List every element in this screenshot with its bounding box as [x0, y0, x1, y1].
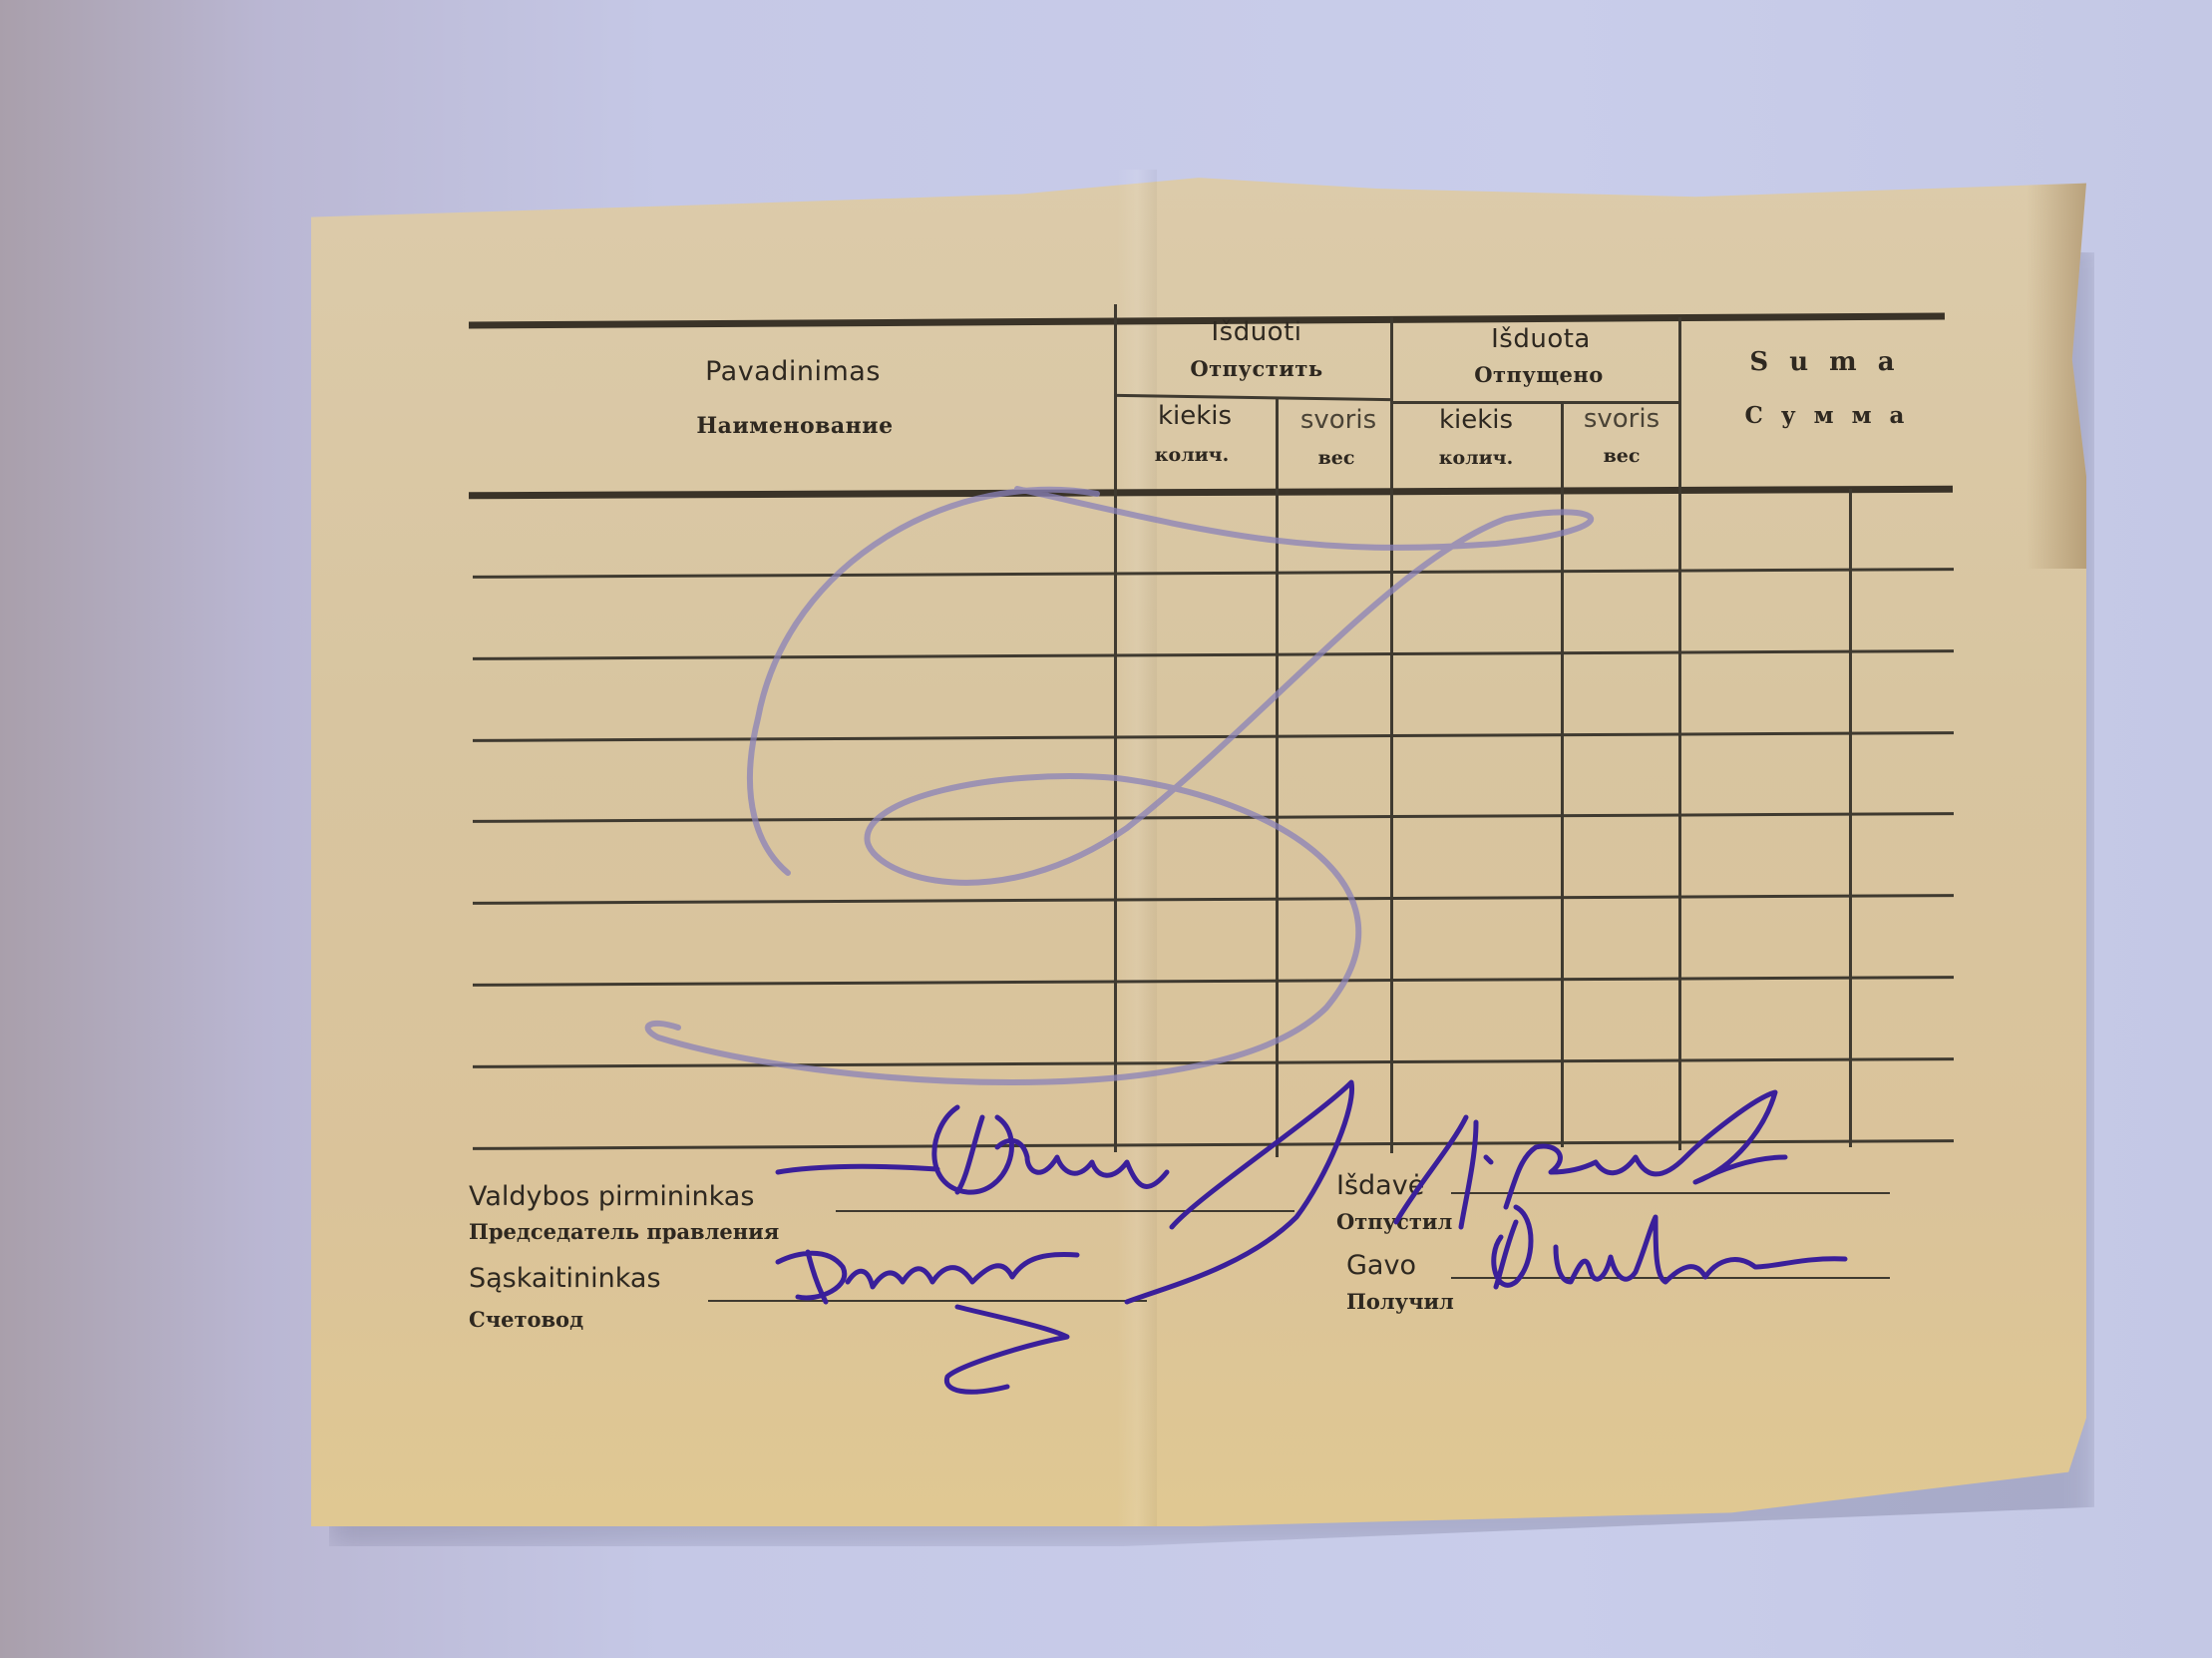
- handwritten-signatures-icon: [0, 0, 2212, 1658]
